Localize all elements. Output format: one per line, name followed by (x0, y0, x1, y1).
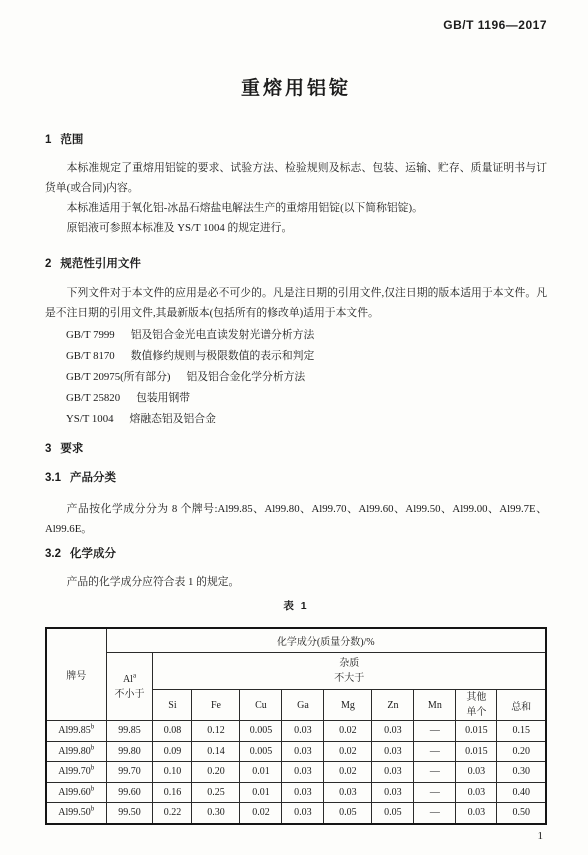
value-cell: — (414, 721, 456, 742)
value-cell: 0.01 (240, 762, 282, 783)
element-header-cu: Cu (240, 690, 282, 721)
other-label: 其他 (457, 690, 495, 705)
table-caption: 表 1 (45, 599, 547, 613)
value-cell: 0.03 (456, 762, 497, 783)
value-cell: 0.03 (282, 803, 324, 824)
value-cell: 0.14 (192, 741, 240, 762)
aluminum-condition: 不小于 (108, 687, 152, 702)
grade-cell: Al99.85b (46, 721, 106, 742)
section-3-number: 3 (45, 442, 51, 457)
element-header-mn: Mn (414, 690, 456, 721)
scope-paragraph-1: 本标准规定了重熔用铝锭的要求、试验方法、检验规则及标志、包装、运输、贮存、质量证… (45, 158, 547, 198)
scope-paragraph-3: 原铝液可参照本标准及 YS/T 1004 的规定进行。 (45, 218, 547, 238)
grade-cell: Al99.80b (46, 741, 106, 762)
impurity-condition: 不大于 (154, 671, 544, 686)
value-cell: — (414, 782, 456, 803)
reference-code: GB/T 8170 (66, 350, 115, 362)
value-cell: 0.40 (497, 782, 546, 803)
impurity-header: 杂质 不大于 (153, 653, 546, 690)
reference-title: 包装用钢带 (136, 392, 190, 404)
value-cell: 0.12 (192, 721, 240, 742)
document-title: 重熔用铝锭 (45, 77, 547, 101)
grade-cell: Al99.60b (46, 782, 106, 803)
value-cell: 0.02 (324, 762, 372, 783)
section-3-2-number: 3.2 (45, 547, 61, 562)
normative-paragraph: 下列文件对于本文件的应用是必不可少的。凡是注日期的引用文件,仅注日期的版本适用于… (45, 283, 547, 323)
value-cell: 0.005 (240, 721, 282, 742)
al-min-cell: 99.70 (106, 762, 153, 783)
aluminum-symbol: Ala (108, 672, 152, 687)
reference-title: 铝及铝合金光电直读发射光谱分析方法 (131, 329, 315, 341)
value-cell: — (414, 803, 456, 824)
table-row: Al99.50b99.500.220.300.020.030.050.05—0.… (46, 803, 546, 824)
section-2-heading: 2 规范性引用文件 (45, 257, 547, 272)
section-1-label: 范围 (60, 133, 83, 148)
value-cell: 0.02 (324, 721, 372, 742)
value-cell: 0.02 (324, 741, 372, 762)
reference-code: YS/T 1004 (66, 413, 114, 425)
composition-paragraph: 产品的化学成分应符合表 1 的规定。 (45, 572, 547, 592)
value-cell: 0.16 (153, 782, 192, 803)
value-cell: 0.30 (192, 803, 240, 824)
reference-item: YS/T 1004熔融态铝及铝合金 (45, 409, 547, 430)
document-page: GB/T 1196—2017 重熔用铝锭 1 范围 本标准规定了重熔用铝锭的要求… (0, 0, 588, 855)
composition-table: 牌号 化学成分(质量分数)/% Ala 不小于 杂质 不大于 Si Fe Cu … (45, 627, 547, 825)
table-row: Al99.60b99.600.160.250.010.030.030.03—0.… (46, 782, 546, 803)
value-cell: 0.005 (240, 741, 282, 762)
reference-item: GB/T 25820包装用钢带 (45, 388, 547, 409)
value-cell: 0.03 (282, 741, 324, 762)
reference-code: GB/T 20975(所有部分) (66, 371, 170, 383)
reference-title: 熔融态铝及铝合金 (130, 413, 216, 425)
aluminum-column-header: Ala 不小于 (106, 653, 153, 721)
value-cell: 0.25 (192, 782, 240, 803)
value-cell: 0.05 (324, 803, 372, 824)
value-cell: 0.02 (240, 803, 282, 824)
reference-title: 铝及铝合金化学分析方法 (186, 371, 305, 383)
table-row: Al99.80b99.800.090.140.0050.030.020.03—0… (46, 741, 546, 762)
reference-item: GB/T 20975(所有部分)铝及铝合金化学分析方法 (45, 367, 547, 388)
value-cell: 0.20 (497, 741, 546, 762)
section-3-1-number: 3.1 (45, 471, 61, 486)
impurity-label: 杂质 (154, 656, 544, 671)
section-2-number: 2 (45, 257, 51, 272)
element-header-mg: Mg (324, 690, 372, 721)
standard-number: GB/T 1196—2017 (45, 18, 547, 32)
value-cell: 0.50 (497, 803, 546, 824)
page-number: 1 (45, 830, 547, 843)
section-1-heading: 1 范围 (45, 133, 547, 148)
table-body: Al99.85b99.850.080.120.0050.030.020.03—0… (46, 721, 546, 824)
value-cell: 0.03 (282, 762, 324, 783)
single-label: 单个 (457, 705, 495, 720)
aluminum-footnote-mark: a (133, 671, 136, 679)
section-2-label: 规范性引用文件 (60, 257, 141, 272)
reference-code: GB/T 25820 (66, 392, 120, 404)
value-cell: 0.15 (497, 721, 546, 742)
value-cell: — (414, 762, 456, 783)
al-min-cell: 99.50 (106, 803, 153, 824)
reference-code: GB/T 7999 (66, 329, 115, 341)
section-1-number: 1 (45, 133, 51, 148)
section-3-heading: 3 要求 (45, 442, 547, 457)
value-cell: 0.05 (372, 803, 414, 824)
al-min-cell: 99.80 (106, 741, 153, 762)
value-cell: 0.03 (282, 721, 324, 742)
value-cell: 0.03 (456, 782, 497, 803)
table-row: Al99.85b99.850.080.120.0050.030.020.03—0… (46, 721, 546, 742)
reference-item: GB/T 7999铝及铝合金光电直读发射光谱分析方法 (45, 325, 547, 346)
grade-footnote-mark: b (91, 784, 95, 792)
references-list: GB/T 7999铝及铝合金光电直读发射光谱分析方法GB/T 8170数值修约规… (45, 325, 547, 430)
grade-cell: Al99.70b (46, 762, 106, 783)
element-header-zn: Zn (372, 690, 414, 721)
al-min-cell: 99.85 (106, 721, 153, 742)
element-header-si: Si (153, 690, 192, 721)
value-cell: 0.22 (153, 803, 192, 824)
classification-paragraph: 产品按化学成分分为 8 个牌号:Al99.85、Al99.80、Al99.70、… (45, 499, 547, 539)
value-cell: — (414, 741, 456, 762)
value-cell: 0.015 (456, 741, 497, 762)
value-cell: 0.03 (372, 741, 414, 762)
al-min-cell: 99.60 (106, 782, 153, 803)
grade-footnote-mark: b (91, 805, 95, 813)
element-header-fe: Fe (192, 690, 240, 721)
section-3-1-heading: 3.1 产品分类 (45, 471, 547, 486)
other-single-header: 其他 单个 (456, 690, 497, 721)
value-cell: 0.09 (153, 741, 192, 762)
value-cell: 0.015 (456, 721, 497, 742)
grade-footnote-mark: b (91, 743, 95, 751)
grade-footnote-mark: b (91, 723, 95, 731)
value-cell: 0.03 (456, 803, 497, 824)
grade-cell: Al99.50b (46, 803, 106, 824)
section-3-1-label: 产品分类 (70, 471, 116, 486)
table-header-row-2: Ala 不小于 杂质 不大于 (46, 653, 546, 690)
value-cell: 0.03 (372, 782, 414, 803)
value-cell: 0.10 (153, 762, 192, 783)
value-cell: 0.03 (372, 721, 414, 742)
total-header: 总和 (497, 690, 546, 721)
value-cell: 0.03 (372, 762, 414, 783)
value-cell: 0.20 (192, 762, 240, 783)
value-cell: 0.03 (282, 782, 324, 803)
grade-footnote-mark: b (91, 764, 95, 772)
value-cell: 0.01 (240, 782, 282, 803)
section-3-2-heading: 3.2 化学成分 (45, 547, 547, 562)
composition-header: 化学成分(质量分数)/% (106, 628, 546, 653)
value-cell: 0.03 (324, 782, 372, 803)
reference-title: 数值修约规则与极限数值的表示和判定 (131, 350, 315, 362)
value-cell: 0.30 (497, 762, 546, 783)
reference-item: GB/T 8170数值修约规则与极限数值的表示和判定 (45, 346, 547, 367)
table-row: Al99.70b99.700.100.200.010.030.020.03—0.… (46, 762, 546, 783)
grade-column-header: 牌号 (46, 628, 106, 721)
table-header-row-1: 牌号 化学成分(质量分数)/% (46, 628, 546, 653)
section-3-label: 要求 (60, 442, 83, 457)
scope-paragraph-2: 本标准适用于氧化铝-冰晶石熔盐电解法生产的重熔用铝锭(以下简称铝锭)。 (45, 198, 547, 218)
element-header-ga: Ga (282, 690, 324, 721)
section-3-2-label: 化学成分 (70, 547, 116, 562)
value-cell: 0.08 (153, 721, 192, 742)
